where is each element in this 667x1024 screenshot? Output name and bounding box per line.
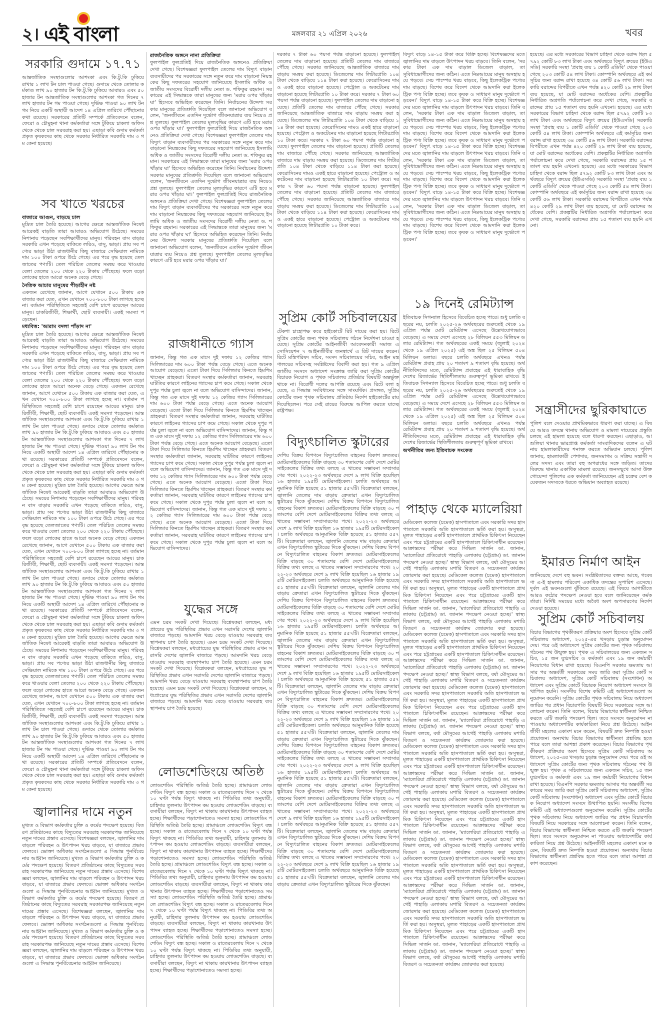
article-body: দরকার ৭ টাকা ৬০ পয়সা পর্যন্ত বাড়ানো হয… xyxy=(277,52,399,230)
headline: যুদ্ধের সঙ্গে xyxy=(150,601,272,616)
headline: রাজধানীতে গ্যাস xyxy=(150,336,272,351)
column-divider xyxy=(146,52,147,1007)
column-divider xyxy=(273,52,274,1007)
column-4: বিদ্যুৎ বাড়ে ১৪-১৫ টাকা করে বিক্রি হচ্ছ… xyxy=(403,52,525,1007)
article-body: মুখ্যত ও বিভাগ কর্মকর্তার চুক্তি ও কর্মে… xyxy=(22,823,144,968)
headline: ১৯ দিনেই রেমিট্যান্স xyxy=(403,296,525,311)
article-juddher-songe: যুদ্ধের সঙ্গে এমন চরম সংকট দেখা দিয়েছে।… xyxy=(150,597,272,713)
headline: সন্ত্রাসীদের ছুরিকাঘাতে xyxy=(530,402,652,417)
article-electric-scooter: বিদ্যুৎচালিত স্কুটারের দেশিয় বিক্রয় বি… xyxy=(277,430,399,889)
article-body: ইতিবাচক সিগন্যাল হিসেবে বিবেচিত হচ্ছে পা… xyxy=(403,315,525,447)
subheading: নৈতিক আচার মানুষের পীড়াহীন নষ্ট xyxy=(22,283,144,289)
subheading: মধ্যবিত্ত: 'আরাম বদলা পাঁড়াদ না' xyxy=(22,324,144,330)
masthead: ২। এই বাংলা মঙ্গলবার ২১ এপ্রিল ২০২৬ খবর xyxy=(22,20,647,46)
column-2: রাজনৈতিক অঙ্গনে নানা প্রতিক্রিয়া ফুলপাই… xyxy=(150,52,272,1007)
headline: সুপ্রিম কোর্ট সচিবালয় xyxy=(530,611,652,626)
article-body: মুদ্রিত চাল তৈরি হয়েছে। আগের ক্ষেত্রে আ… xyxy=(22,222,144,281)
article-body: টেকশা চাহোপক্ষ করে হাইকোর্টে রিট দায়ের … xyxy=(277,329,399,415)
article-body: আন্তর্জাতিক সংস্থাগুলোর আশংকা এবং কি.টু.… xyxy=(22,75,144,148)
article-loadshedding: লোডশেডিংয়ে অতিষ্ঠ লোডশেডিং পরিস্থিতি অত… xyxy=(150,760,272,975)
subheading: অর্থনীতির জন্য ইতিবাচক সংকেত xyxy=(403,448,525,454)
column-1: সরকারি গুদামে ১৭.৭১ আন্তর্জাতিক সংস্থাগু… xyxy=(22,52,144,1007)
article-rajdhanite-gas: রাজধানীতে গ্যাস জানান, কিন্তু গত এক মাসে… xyxy=(150,332,272,554)
article-body: দেশিয় বিক্রয় বিপণনে বিদ্যুৎচালিত বাহনে… xyxy=(277,453,399,888)
subheading: রাজনৈতিক অঙ্গনে নানা প্রতিক্রিয়া xyxy=(150,53,272,59)
article-body: মুদ্রিত চাল তৈরি হয়েছে। আগের ক্ষেত্রে আ… xyxy=(22,332,144,794)
article-body: এমন চরম সংকট দেখা দিয়েছে। বিশ্লেষকরা বল… xyxy=(150,620,272,712)
column-3: দরকার ৭ টাকা ৬০ পয়সা পর্যন্ত বাড়ানো হয… xyxy=(277,52,399,1007)
headline: সুপ্রিম কোর্ট সচিবালয়ের xyxy=(277,310,399,325)
issue-date: মঙ্গলবার ২১ এপ্রিল ২০২৬ xyxy=(292,28,367,40)
column-5: হয়েছে। এর মধ্যে সরকারের বিভাগ চাহিদা থে… xyxy=(530,52,652,1007)
headline: জ্বালানির দামে নতুন xyxy=(22,804,144,819)
headline: ইমারত নির্মাণ আইন xyxy=(530,554,652,569)
article-terrorist-stabbing: সন্ত্রাসীদের ছুরিকাঘাতে পুলিশ বলে দেওয়া… xyxy=(530,398,652,488)
article-supreme-court-secretariat: সুপ্রিম কোর্ট সচিবালয়ের টেকশা চাহোপক্ষ … xyxy=(277,306,399,416)
article-body: বিদ্যুৎ বাড়ে ১৪-১৫ টাকা করে বিক্রি হচ্ছ… xyxy=(403,52,525,243)
article-body: জানান, কিন্তু গত এক মাসে দুই দফায় ১২ কে… xyxy=(150,355,272,553)
section-name: খবর xyxy=(625,26,643,43)
article-body: একজন রেখেছে জানান, আগে যেখানে ৫০০ টাকায়… xyxy=(22,290,144,323)
headline: পাহাড় থেকে ম্যালেরিয়া xyxy=(403,501,525,516)
article-body: হয়েছে। এর মধ্যে সরকারের বিভাগ চাহিদা থে… xyxy=(530,52,652,230)
newspaper-logo: এই বাংলা xyxy=(44,20,118,53)
article-body: বিচার বিভাগের পৃথকীকরণ প্রক্রিয়ার অংশ হ… xyxy=(530,630,652,867)
column-divider xyxy=(399,52,400,1007)
article-body: মেডিকেল কলেজ (চমেক) হাসপাতালে এবং সরকারি… xyxy=(403,520,525,968)
article-fuel-price: দরকার ৭ টাকা ৬০ পয়সা পর্যন্ত বাড়ানো হয… xyxy=(277,52,399,231)
article-building-law: ইমারত নির্মাণ আইন জানিয়েছে দেশে বহু ভবন… xyxy=(530,550,652,614)
article-supreme-court: সুপ্রিম কোর্ট সচিবালয় বিচার বিভাগের পৃথ… xyxy=(530,607,652,868)
article-body: পুলিশ বলে দেওয়ার প্রাথমিকভাবে ধারণা করা… xyxy=(530,421,652,487)
article-rajnoitik: রাজনৈতিক অঙ্গনে নানা প্রতিক্রিয়া ফুলপাই… xyxy=(150,52,272,266)
article-body: লোডশেডিং পরিস্থিতি অতিষ্ঠ তৈরি হচ্ছে। গ্… xyxy=(150,783,272,974)
article-sarkari-gudam: সরকারি গুদামে ১৭.৭১ আন্তর্জাতিক সংস্থাগু… xyxy=(22,52,144,149)
masthead-divider xyxy=(22,45,647,46)
article-body: ফুলপাইল ফুলপ্রতিই দিয়ে রাজনৈতিক অঙ্গনেও… xyxy=(150,60,272,264)
headline: সরকারি গুদামে ১৭.৭১ xyxy=(22,56,144,71)
headline: সব খাতে খরচের xyxy=(22,196,144,211)
article-remittance: ১৯ দিনেই রেমিট্যান্স ইতিবাচক সিগন্যাল হি… xyxy=(403,292,525,455)
column-divider xyxy=(526,52,527,1007)
subheading: বাজারে আগুন, বাড়ছে চাল xyxy=(22,215,144,221)
sun-logo-icon xyxy=(79,14,88,23)
article-jalanir-dam: জ্বালানির দামে নতুন মুখ্যত ও বিভাগ কর্মক… xyxy=(22,800,144,969)
headline: বিদ্যুৎচালিত স্কুটারের xyxy=(277,434,399,449)
article-budget: হয়েছে। এর মধ্যে সরকারের বিভাগ চাহিদা থে… xyxy=(530,52,652,231)
headline: লোডশেডিংয়ে অতিষ্ঠ xyxy=(150,764,272,779)
article-sob-khate: সব খাতে খরচের বাজারে আগুন, বাড়ছে চাল মু… xyxy=(22,192,144,794)
article-malaria: পাহাড় থেকে ম্যালেরিয়া মেডিকেল কলেজ (চম… xyxy=(403,497,525,969)
article-fuel-continued: বিদ্যুৎ বাড়ে ১৪-১৫ টাকা করে বিক্রি হচ্ছ… xyxy=(403,52,525,244)
